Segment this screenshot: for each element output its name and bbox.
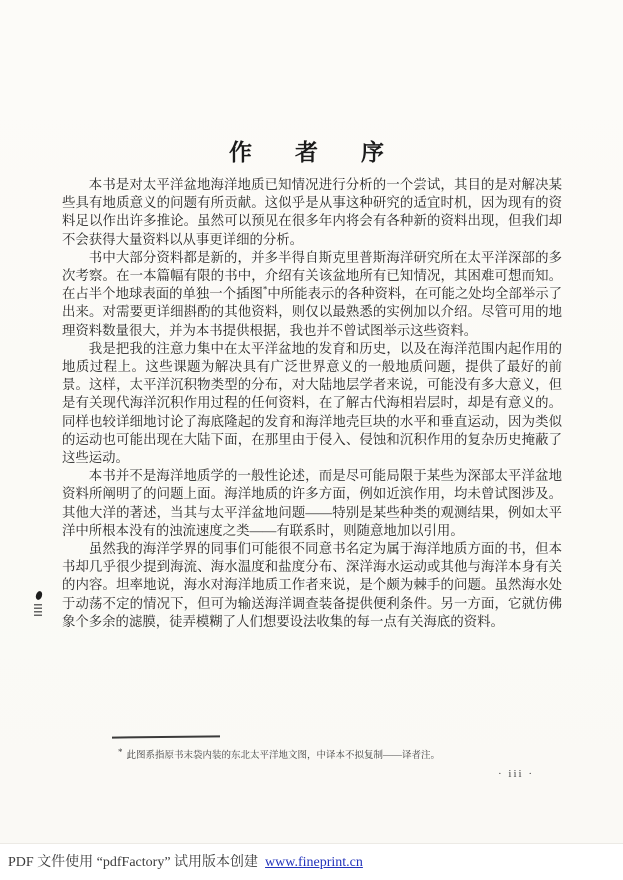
page-title: 作 者 序 bbox=[0, 134, 623, 167]
footnote-marker-asterisk: * bbox=[118, 747, 123, 757]
scan-artifact-ink-smudge bbox=[34, 604, 42, 616]
paragraph-5: 虽然我的海洋学界的同事们可能很不同意书名定为属于海洋地质方面的书，但本书却几乎很… bbox=[62, 540, 562, 631]
pdf-creator-footer: PDF 文件使用 “pdfFactory” 试用版本创建www.fineprin… bbox=[0, 843, 623, 880]
translator-footnote: *此图系指原书末袋内装的东北太平洋地文图，中译本不拟复制——译者注。 bbox=[118, 746, 548, 763]
paragraph-3: 我是把我的注意力集中在太平洋盆地的发育和历史，以及在海洋范围内起作用的地质过程上… bbox=[62, 340, 562, 467]
pdf-creator-notice: PDF 文件使用 “pdfFactory” 试用版本创建www.fineprin… bbox=[8, 851, 363, 871]
pdf-creator-notice-text: PDF 文件使用 “pdfFactory” 试用版本创建 bbox=[8, 855, 258, 870]
footnote-divider-line bbox=[112, 735, 220, 738]
fineprint-link[interactable]: www.fineprint.cn bbox=[265, 855, 363, 870]
footnote-text: 此图系指原书末袋内装的东北太平洋地文图，中译本不拟复制——译者注。 bbox=[127, 751, 441, 761]
page-number: · iii · bbox=[498, 768, 534, 780]
scanned-document-page: 作 者 序 本书是对太平洋盆地海洋地质已知情况进行分析的一个尝试，其目的是对解决… bbox=[0, 0, 623, 880]
paragraph-2: 书中大部分资料都是新的，并多半得自斯克里普斯海洋研究所在太平洋深部的多次考察。在… bbox=[62, 249, 562, 340]
paper-background: 作 者 序 本书是对太平洋盆地海洋地质已知情况进行分析的一个尝试，其目的是对解决… bbox=[0, 0, 623, 843]
preface-body: 本书是对太平洋盆地海洋地质已知情况进行分析的一个尝试，其目的是对解决某些具有地质… bbox=[62, 176, 562, 631]
paragraph-1: 本书是对太平洋盆地海洋地质已知情况进行分析的一个尝试，其目的是对解决某些具有地质… bbox=[62, 176, 562, 249]
scan-artifact-ink-dot bbox=[35, 590, 43, 600]
paragraph-4: 本书并不是海洋地质学的一般性论述，而是尽可能局限于某些为深部太平洋盆地资料所阐明… bbox=[62, 467, 562, 540]
